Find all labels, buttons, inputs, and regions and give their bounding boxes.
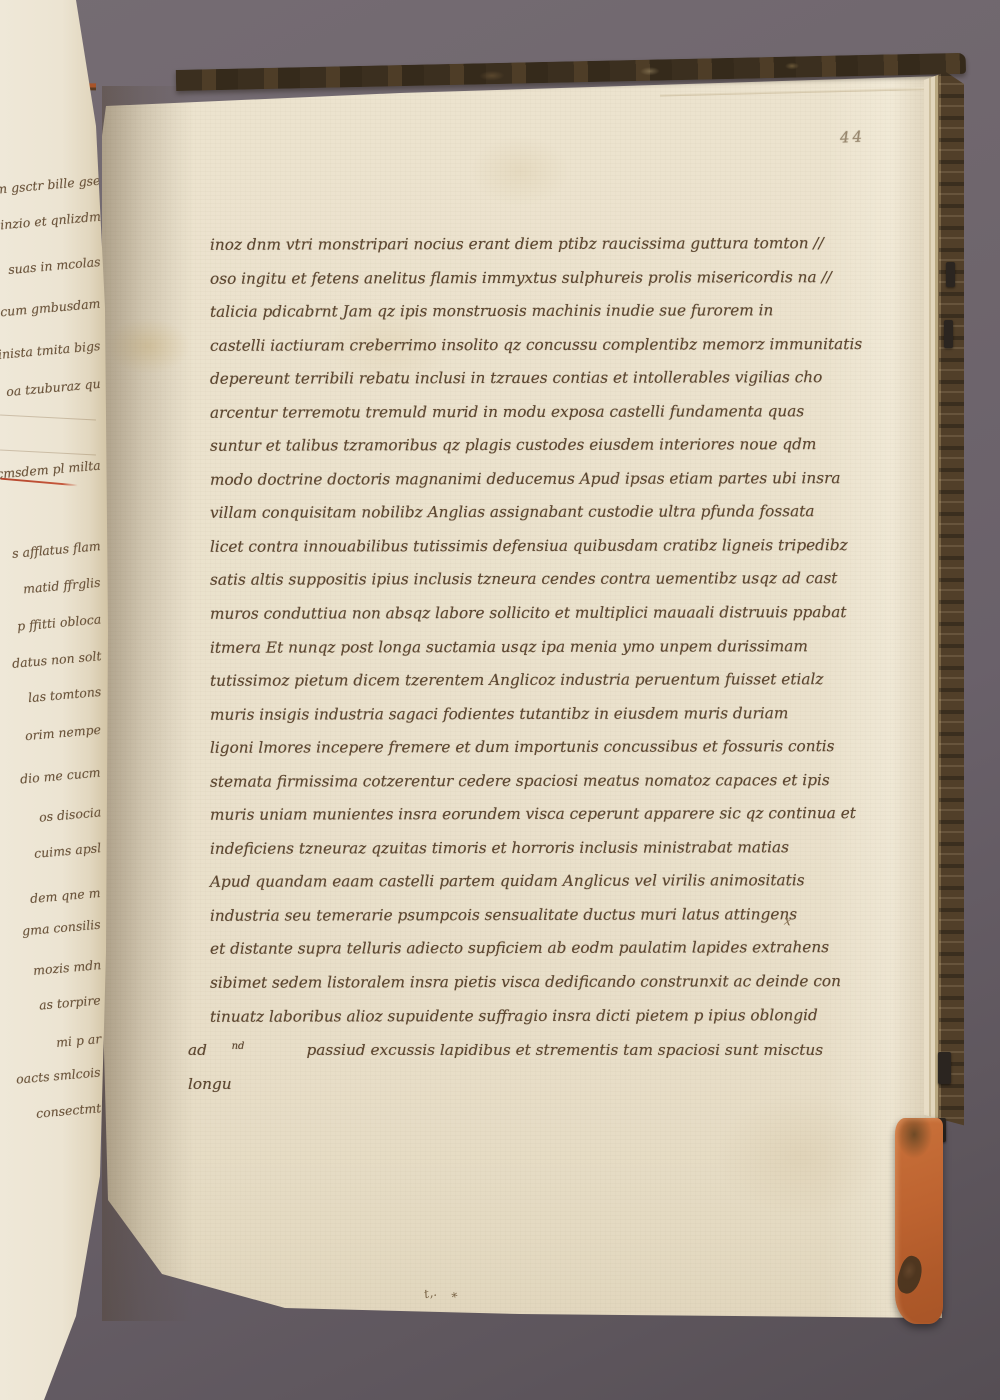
folio-number: 44 bbox=[840, 127, 866, 146]
text-line: industria seu temerarie psumpcois sensua… bbox=[210, 898, 773, 933]
text-fragment: as torpire bbox=[39, 992, 102, 1012]
superscript-abbreviation: nd bbox=[232, 1030, 245, 1064]
manuscript-page: 44 inoz dnm vtri monstripari nocius eran… bbox=[100, 76, 942, 1324]
ink-smudge: t,. bbox=[422, 1285, 437, 1302]
text-fragment: os disocia bbox=[38, 804, 101, 824]
photo-background: 44 inoz dnm vtri monstripari nocius eran… bbox=[0, 0, 1000, 1400]
text-fragment: mi p ar bbox=[55, 1031, 101, 1050]
text-line: suntur et talibus tzramoribus qz plagis … bbox=[210, 429, 773, 464]
text-fragment: las tomtons bbox=[27, 684, 101, 705]
text-line: stemata firmissima cotzerentur cedere sp… bbox=[210, 764, 773, 799]
text-line: itmera Et nunqz post longa suctamia usqz… bbox=[210, 630, 773, 665]
text-fragment: mozis mdn bbox=[32, 957, 101, 978]
text-fragment: form gsctr bille gse bbox=[0, 173, 101, 199]
text-fragment: cmsdem pl milta bbox=[0, 457, 101, 481]
manuscript-lines: inoz dnm vtri monstripari nocius erant d… bbox=[210, 228, 773, 1033]
leather-cover bbox=[895, 1118, 943, 1324]
marginal-x-mark: x bbox=[783, 914, 792, 930]
text-fragment: oa tzuburaz qu bbox=[6, 376, 102, 399]
text-line: inoz dnm vtri monstripari nocius erant d… bbox=[210, 227, 773, 262]
text-line: muris insigis industria sagaci fodientes… bbox=[210, 697, 773, 732]
text-fragment: inzio et qnlizdm bbox=[0, 209, 101, 233]
text-line: modo doctrine doctoris magnanimi deducem… bbox=[210, 462, 773, 497]
text-line: talicia pdicabrnt Jam qz ipis monstruosi… bbox=[210, 294, 773, 329]
ruled-line bbox=[0, 449, 96, 455]
text-line: sibimet sedem listoralem insra pietis vi… bbox=[210, 965, 773, 1000]
last-line-rest: passiud excussis lapidibus et strementis… bbox=[306, 1033, 823, 1067]
text-fragment: oacts smlcois bbox=[16, 1064, 102, 1086]
text-line: villam conquisitam nobilibz Anglias assi… bbox=[210, 496, 773, 531]
text-fragment: p ffitti obloca bbox=[16, 611, 101, 633]
text-line: tinuatz laboribus alioz supuidente suffr… bbox=[210, 999, 773, 1034]
manuscript-text-block: inoz dnm vtri monstripari nocius erant d… bbox=[210, 228, 773, 1067]
text-line: muris uniam munientes insra eorundem vis… bbox=[210, 798, 773, 833]
text-fragment: cuims apsl bbox=[33, 840, 101, 861]
fore-edge-pages bbox=[924, 72, 964, 1136]
text-fragment: dio me cucm bbox=[20, 765, 102, 787]
underleaf-edge bbox=[660, 86, 950, 96]
clasp-remnant bbox=[946, 262, 955, 287]
clasp-remnant bbox=[944, 320, 953, 348]
text-line: oso ingitu et fetens anelitus flamis imm… bbox=[210, 261, 773, 296]
ink-smudge: * bbox=[450, 1289, 459, 1304]
text-fragment: suas in mcolas bbox=[8, 254, 102, 277]
facing-page-edge: form gsctr bille gseinzio et qnlizdmsuas… bbox=[0, 0, 112, 1400]
text-fragment: datus non solt bbox=[11, 648, 101, 671]
text-line: indeficiens tzneuraz qzuitas timoris et … bbox=[210, 831, 773, 866]
text-line: arcentur terremotu tremuld murid in modu… bbox=[210, 395, 773, 430]
text-fragment: matid ffrglis bbox=[23, 575, 102, 597]
text-line: satis altis suppositis ipius inclusis tz… bbox=[210, 563, 773, 598]
clasp-remnant bbox=[938, 1052, 951, 1084]
last-line-prefix: ad longu bbox=[188, 1033, 232, 1101]
text-line: ligoni lmores incepere fremere et dum im… bbox=[210, 730, 773, 765]
text-line: licet contra innouabilibus tutissimis de… bbox=[210, 529, 773, 564]
text-line: muros conduttiua non absqz labore sollic… bbox=[210, 596, 773, 631]
text-fragment: dem qne m bbox=[30, 885, 102, 906]
text-line: depereunt terribili rebatu inclusi in tz… bbox=[210, 361, 773, 396]
text-line: Apud quandam eaam castelli partem quidam… bbox=[210, 865, 773, 900]
text-fragment: orim nempe bbox=[24, 722, 101, 744]
text-fragment: cum gmbusdam bbox=[0, 296, 101, 320]
text-fragment: consectmt bbox=[35, 1100, 101, 1121]
text-line: castelli iactiuram creberrimo insolito q… bbox=[210, 328, 773, 363]
text-line: tutissimoz pietum dicem tzerentem Anglic… bbox=[210, 663, 773, 698]
ruled-line bbox=[0, 414, 96, 420]
text-fragment: minista tmita bigs bbox=[0, 338, 101, 363]
manuscript-last-line: ad longund passiud excussis lapidibus et… bbox=[188, 1033, 773, 1067]
text-fragment: s afflatus flam bbox=[12, 538, 102, 561]
text-fragment: gma consilis bbox=[22, 917, 102, 939]
text-line: et distante supra telluris adiecto supfi… bbox=[210, 932, 773, 967]
